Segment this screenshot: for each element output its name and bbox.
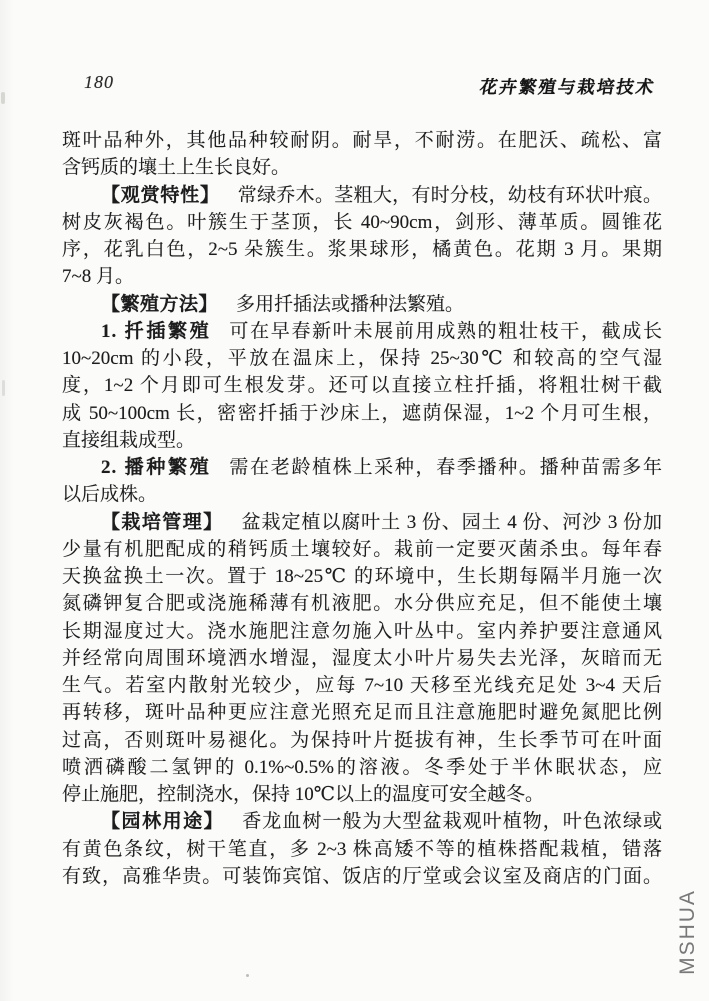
text-line: 度，1~2 个月即可生根发芽。还可以直接立柱扦插，将粗壮树干截 (62, 372, 662, 399)
body-text-block: 斑叶品种外，其他品种较耐阴。耐旱，不耐涝。在肥沃、疏松、富 含钙质的壤土上生长良… (62, 127, 662, 890)
text-line: 氮磷钾复合肥或浇施稀薄有机液肥。水分供应充足，但不能使土壤 (62, 590, 662, 617)
text-line: 10~20cm 的小段，平放在温床上，保持 25~30℃ 和较高的空气湿 (62, 345, 662, 372)
section-heading: 【园林用途】 (101, 811, 224, 832)
text-line: 并经常向周围环境洒水增湿，湿度太小叶片易失去光泽，灰暗而无 (62, 645, 662, 672)
section-text: 多用扦插法或播种法繁殖。 (236, 294, 464, 315)
scan-edge-shadow (0, 0, 14, 1001)
text-line: 树皮灰褐色。叶簇生于茎顶，长 40~90cm，剑形、薄革质。圆锥花 (62, 209, 662, 236)
item-text: 可在早春新叶未展前用成熟的粗壮枝干，截成长 (229, 321, 662, 342)
section-text: 盆栽定植以腐叶土 3 份、园土 4 份、河沙 3 份加 (242, 512, 662, 533)
section-text: 常绿乔木。茎粗大，有时分枝，幼枝有环状叶痕。 (238, 185, 662, 206)
running-head-book-title: 花卉繁殖与栽培技术 (478, 74, 657, 99)
numbered-item-line: 1. 扦插繁殖可在早春新叶未展前用成熟的粗壮枝干，截成长 (62, 318, 662, 345)
text-line: 天换盆换土一次。置于 18~25℃ 的环境中，生长期每隔半月施一次 (62, 563, 662, 590)
text-line: 再转移，斑叶品种更应注意光照充足而且注意施肥时避免氮肥比例 (62, 699, 662, 726)
scan-speck (2, 380, 5, 396)
section-heading-line: 【观赏特性】常绿乔木。茎粗大，有时分枝，幼枝有环状叶痕。 (62, 182, 662, 209)
item-term: 2. 播种繁殖 (101, 457, 211, 478)
text-line: 生气。若室内散射光较少，应每 7~10 天移至光线充足处 3~4 天后 (62, 672, 662, 699)
text-line: 喷洒磷酸二氢钾的 0.1%~0.5%的溶液。冬季处于半休眠状态，应 (62, 754, 662, 781)
watermark-text: MSHUA (676, 872, 700, 992)
text-line: 含钙质的壤土上生长良好。 (62, 154, 662, 181)
section-heading-line: 【繁殖方法】多用扦插法或播种法繁殖。 (62, 291, 662, 318)
section-heading-line: 【园林用途】香龙血树一般为大型盆栽观叶植物，叶色浓绿或 (62, 808, 662, 835)
section-heading-line: 【栽培管理】盆栽定植以腐叶土 3 份、园土 4 份、河沙 3 份加 (62, 509, 662, 536)
item-term: 1. 扦插繁殖 (101, 321, 211, 342)
text-line: 成 50~100cm 长，密密扦插于沙床上，遮荫保湿，1~2 个月可生根， (62, 400, 662, 427)
text-line: 有黄色条纹，树干笔直，多 2~3 株高矮不等的植株搭配栽植，错落 (62, 836, 662, 863)
text-line: 直接组栽成型。 (62, 427, 662, 454)
text-line: 过高，否则斑叶易褪化。为保持叶片挺拔有神，生长季节可在叶面 (62, 727, 662, 754)
scan-speck (1, 92, 5, 104)
text-line: 少量有机肥配成的稍钙质土壤较好。栽前一定要灭菌杀虫。每年春 (62, 536, 662, 563)
text-line: 停止施肥，控制浇水，保持 10℃以上的温度可安全越冬。 (62, 781, 662, 808)
item-text: 需在老龄植株上采种，春季播种。播种苗需多年 (229, 457, 662, 478)
section-text: 香龙血树一般为大型盆栽观叶植物，叶色浓绿或 (242, 811, 662, 832)
text-line: 序，花乳白色，2~5 朵簇生。浆果球形，橘黄色。花期 3 月。果期 (62, 236, 662, 263)
numbered-item-line: 2. 播种繁殖需在老龄植株上采种，春季播种。播种苗需多年 (62, 454, 662, 481)
scan-speck (246, 974, 249, 977)
scanned-book-page: 180 花卉繁殖与栽培技术 斑叶品种外，其他品种较耐阴。耐旱，不耐涝。在肥沃、疏… (0, 0, 709, 1001)
page-number: 180 (84, 72, 114, 93)
text-line: 斑叶品种外，其他品种较耐阴。耐旱，不耐涝。在肥沃、疏松、富 (62, 127, 662, 154)
section-heading: 【繁殖方法】 (101, 294, 218, 315)
section-heading: 【观赏特性】 (101, 185, 220, 206)
section-heading: 【栽培管理】 (101, 512, 224, 533)
text-line: 7~8 月。 (62, 263, 662, 290)
text-line: 以后成株。 (62, 481, 662, 508)
text-line: 有致，高雅华贵。可装饰宾馆、饭店的厅堂或会议室及商店的门面。 (62, 863, 662, 890)
text-line: 长期湿度过大。浇水施肥注意勿施入叶丛中。室内养护要注意通风 (62, 618, 662, 645)
